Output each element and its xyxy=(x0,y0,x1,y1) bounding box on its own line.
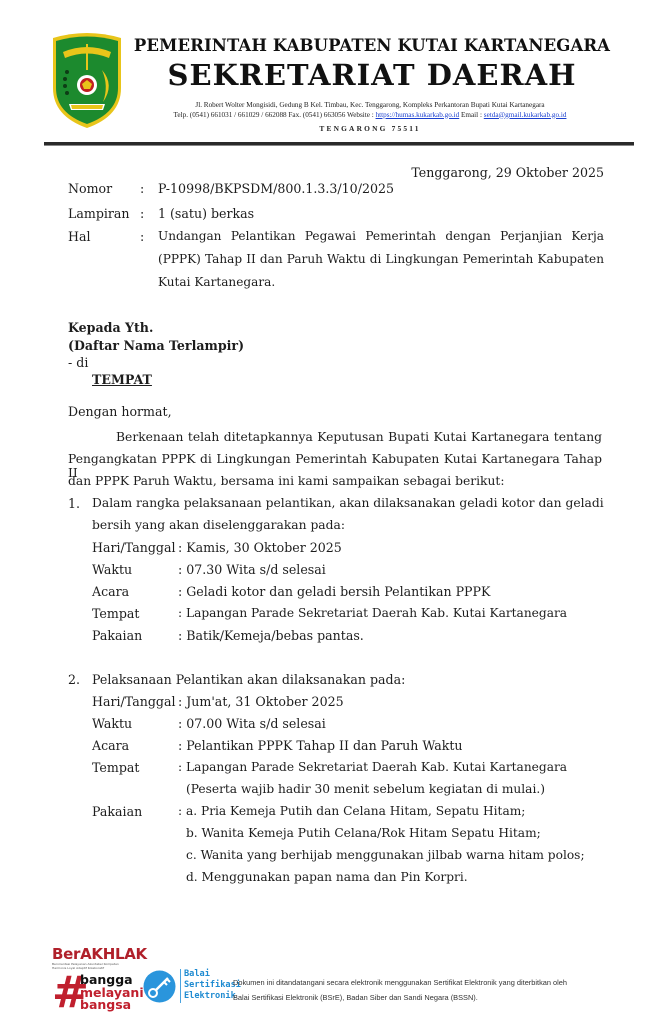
subject-line-2: (PPPK) Tahap II dan Paruh Waktu di Lingk… xyxy=(158,252,604,266)
letter-number: P-10998/BKPSDM/800.1.3.3/10/2025 xyxy=(158,181,394,196)
detail-label: Tempat xyxy=(92,760,139,775)
detail-value: : Geladi kotor dan geladi bersih Pelanti… xyxy=(178,584,490,599)
recipient-salutation: Kepada Yth. xyxy=(68,320,153,335)
office-name: SEKRETARIAT DAERAH xyxy=(132,58,612,92)
e-signature-note-line-2: Balai Sertifikasi Elektronik (BSrE), Bad… xyxy=(233,990,567,1005)
detail-value: : Jum'at, 31 Oktober 2025 xyxy=(178,694,344,709)
greeting: Dengan hormat, xyxy=(68,404,172,419)
detail-value: : 07.30 Wita s/d selesai xyxy=(178,562,326,577)
item-2-line-1: Pelaksanaan Pelantikan akan dilaksanakan… xyxy=(92,672,405,687)
detail-label: Pakaian xyxy=(92,804,142,819)
recipient-di: - di xyxy=(68,355,88,370)
government-name: PEMERINTAH KABUPATEN KUTAI KARTANEGARA xyxy=(132,36,612,55)
detail-label: Tempat xyxy=(92,606,139,621)
bsre-key-icon xyxy=(143,970,176,1003)
detail-value: : Batik/Kemeja/bebas pantas. xyxy=(178,628,364,643)
bangga-melayani-bangsa-logo: bangga melayani bangsa xyxy=(80,974,144,1012)
detail-label: Hari/Tanggal xyxy=(92,540,175,555)
meta-separator: : xyxy=(140,229,144,244)
item-number: 2. xyxy=(68,672,80,687)
detail-label: Hari/Tanggal xyxy=(92,694,175,709)
detail-label: Pakaian xyxy=(92,628,142,643)
detail-label: Waktu xyxy=(92,562,132,577)
recipient-name: (Daftar Nama Terlampir) xyxy=(68,338,244,353)
bsre-logo xyxy=(143,970,176,1003)
hashtag-icon: # xyxy=(52,972,82,1014)
dress-code-b: b. Wanita Kemeja Putih Celana/Rok Hitam … xyxy=(186,826,541,840)
dress-code-c: c. Wanita yang berhijab menggunakan jilb… xyxy=(186,848,585,862)
letterhead-divider xyxy=(44,142,634,146)
detail-label: Acara xyxy=(92,738,129,753)
detail-value: : a. Pria Kemeja Putih dan Celana Hitam,… xyxy=(178,804,525,818)
e-signature-note: Dokumen ini ditandatangani secara elektr… xyxy=(233,975,567,1005)
detail-label: Waktu xyxy=(92,716,132,731)
meta-separator: : xyxy=(140,181,144,196)
address-line: Jl. Robert Wolter Mongisidi, Gedung B Ke… xyxy=(115,101,625,111)
detail-value: : 07.00 Wita s/d selesai xyxy=(178,716,326,731)
email-label: Email : xyxy=(459,111,484,119)
bsre-divider xyxy=(180,969,181,1003)
item-1-line-2: bersih yang akan diselenggarakan pada: xyxy=(92,518,345,532)
website-link[interactable]: https://humas.kukarkab.go.id xyxy=(376,111,460,119)
intro-line-1: Berkenaan telah ditetapkannya Keputusan … xyxy=(116,430,602,444)
meta-separator: : xyxy=(140,206,144,221)
berakhlak-logo: BerAKHLAK xyxy=(52,945,147,963)
meta-label-lampiran: Lampiran xyxy=(68,206,130,221)
item-1-line-1: Dalam rangka pelaksanaan pelantikan, aka… xyxy=(92,496,604,510)
bangsa-text: bangsa xyxy=(80,999,144,1012)
attachment-value: 1 (satu) berkas xyxy=(158,206,254,221)
recipient-place: TEMPAT xyxy=(92,372,152,387)
place-date: Tenggarong, 29 Oktober 2025 xyxy=(411,165,604,180)
contact-phone-fax: Telp. (0541) 661031 / 661029 / 662088 Fa… xyxy=(174,111,376,119)
detail-label: Acara xyxy=(92,584,129,599)
subject-line-1: Undangan Pelantikan Pegawai Pemerintah d… xyxy=(158,229,604,243)
detail-value: : Lapangan Parade Sekretariat Daerah Kab… xyxy=(178,760,567,774)
intro-line-3: dan PPPK Paruh Waktu, bersama ini kami s… xyxy=(68,474,505,488)
e-signature-note-line-1: Dokumen ini ditandatangani secara elektr… xyxy=(233,975,567,990)
subject-line-3: Kutai Kartanegara. xyxy=(158,275,275,289)
detail-value: : Kamis, 30 Oktober 2025 xyxy=(178,540,342,555)
office-address: Jl. Robert Wolter Mongisidi, Gedung B Ke… xyxy=(115,101,625,120)
attendance-note: (Peserta wajib hadir 30 menit sebelum ke… xyxy=(186,782,545,796)
detail-value: : Lapangan Parade Sekretariat Daerah Kab… xyxy=(178,606,567,620)
contact-line: Telp. (0541) 661031 / 661029 / 662088 Fa… xyxy=(115,111,625,121)
email-link[interactable]: setda@gmail.kukarkab.go.id xyxy=(484,111,567,119)
meta-label-hal: Hal xyxy=(68,229,91,244)
item-number: 1. xyxy=(68,496,80,511)
detail-value: : Pelantikan PPPK Tahap II dan Paruh Wak… xyxy=(178,738,463,753)
dress-code-d: d. Menggunakan papan nama dan Pin Korpri… xyxy=(186,870,468,884)
meta-label-nomor: Nomor xyxy=(68,181,112,196)
city-zip: TENGARONG 75511 xyxy=(115,124,625,133)
